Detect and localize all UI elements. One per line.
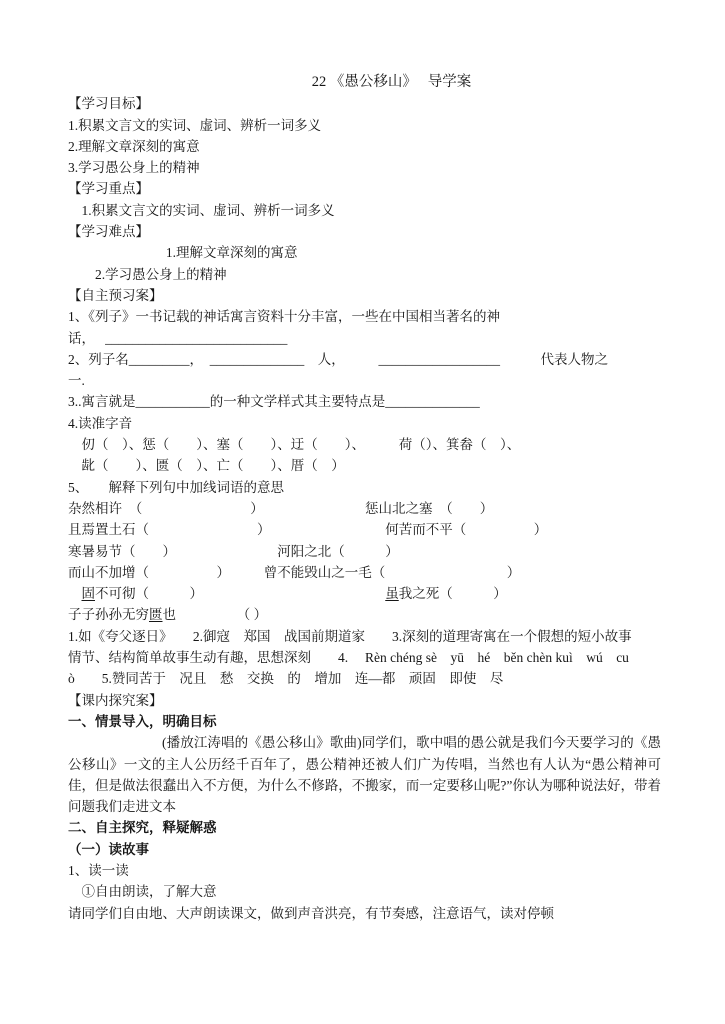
word-explain-row: 寒暑易节（ ） 河阳之北（ ） [68, 541, 661, 562]
self-preview-header: 【自主预习案】 [68, 285, 661, 306]
preview-question-4-header: 4.读准字音 [68, 413, 661, 434]
inquiry-part2-title: 二、自主探究，释疑解惑 [68, 817, 661, 838]
word-explain-row: 而山不加增（ ） 曾不能毁山之一毛（ ） [68, 562, 661, 583]
row-text: 不可彻（ ） [95, 586, 196, 601]
key-point-item: 1.积累文言文的实词、虚词、辨析一词多义 [68, 200, 661, 221]
section-self-preview: 【自主预习案】 1、《列子》一书记载的神话寓言资料十分丰富，一些在中国相当著名的… [68, 285, 661, 690]
row-text: 也 （ ） [163, 607, 268, 622]
word-explain-row-underlined: 固不可彻（ ） 虽我之死（ ） [68, 583, 661, 604]
preview-question-1: 1、《列子》一书记载的神话寓言资料十分丰富，一些在中国相当著名的神 [68, 306, 661, 327]
key-points-header: 【学习重点】 [68, 178, 661, 199]
section-difficult-points: 【学习难点】 1.理解文章深刻的寓意 2.学习愚公身上的精神 [68, 221, 661, 285]
word-explain-row-underlined: 子子孙孙无穷匮也 （ ） [68, 604, 661, 625]
pronunciation-row: 仞（ ）、惩（ ）、塞（ ）、迂（ ）、 荷（）、箕畚（ ）、 [68, 434, 661, 455]
word-explain-row: 杂然相许 （ ） 惩山北之塞 （ ） [68, 498, 661, 519]
underlined-word: 固 [82, 586, 96, 601]
preview-answers-line: ò 5.赞同苦于 况且 愁 交换 的 增加 连—都 顽固 即使 尽 [68, 668, 661, 689]
learning-goal-item: 2.理解文章深刻的寓意 [68, 136, 661, 157]
class-inquiry-header: 【课内探究案】 [68, 690, 661, 711]
underlined-word: 虽 [385, 586, 399, 601]
learning-goal-item: 1.积累文言文的实词、虚词、辨析一词多义 [68, 115, 661, 136]
learning-goals-header: 【学习目标】 [68, 93, 661, 114]
row-indent [68, 586, 82, 601]
preview-question-2: 2、列子名_________， ______________ 人， ______… [68, 349, 661, 370]
difficult-point-item: 2.学习愚公身上的精神 [68, 264, 661, 285]
inquiry-read-item: 1、读一读 [68, 860, 661, 881]
section-key-points: 【学习重点】 1.积累文言文的实词、虚词、辨析一词多义 [68, 178, 661, 221]
row-text: 子子孙孙无穷 [68, 607, 149, 622]
document-page: 22 《愚公移山》 导学案 【学习目标】 1.积累文言文的实词、虚词、辨析一词多… [0, 0, 725, 1024]
preview-answers-line: 情节、结构简单故事生动有趣，思想深刻 4. Rèn chéng sè yū hé… [68, 647, 661, 668]
difficult-points-header: 【学习难点】 [68, 221, 661, 242]
word-explain-row: 且焉置土石（ ） 何苦而不平（ ） [68, 519, 661, 540]
preview-question-3: 3..寓言就是___________的一种文学样式其主要特点是_________… [68, 391, 661, 412]
preview-question-5-header: 5、 解释下列句中加线词语的意思 [68, 477, 661, 498]
preview-answers-line: 1.如《夸父逐日》 2.御寇 郑国 战国前期道家 3.深刻的道理寄寓在一个假想的… [68, 626, 661, 647]
inquiry-read-subitem: ①自由朗读，了解大意 [68, 881, 661, 902]
learning-goal-item: 3.学习愚公身上的精神 [68, 157, 661, 178]
inquiry-part1-title: 一、情景导入，明确目标 [68, 711, 661, 732]
pronunciation-row: 龀（ ）、匮（ ）、亡（ ）、厝（ ） [68, 455, 661, 476]
section-class-inquiry: 【课内探究案】 一、情景导入，明确目标 (播放江涛唱的《愚公移山》歌曲)同学们，… [68, 690, 661, 924]
document-title: 22 《愚公移山》 导学案 [68, 72, 661, 93]
difficult-point-item: 1.理解文章深刻的寓意 [68, 242, 661, 263]
row-text: 我之死（ ） [399, 586, 507, 601]
preview-question-2-continued: 一. [68, 370, 661, 391]
row-gap [196, 586, 385, 601]
section-learning-goals: 【学习目标】 1.积累文言文的实词、虚词、辨析一词多义 2.理解文章深刻的寓意 … [68, 93, 661, 178]
inquiry-part1-paragraph: (播放江涛唱的《愚公移山》歌曲)同学们，歌中唱的愚公就是我们今天要学习的《愚公移… [68, 732, 661, 817]
inquiry-part2-subtitle: （一）读故事 [68, 839, 661, 860]
underlined-word: 匮 [149, 607, 163, 622]
preview-question-1-blank: 话， ___________________________ [68, 328, 661, 349]
inquiry-read-instruction: 请同学们自由地、大声朗读课文，做到声音洪亮，有节奏感，注意语气，读对停顿 [68, 903, 661, 924]
